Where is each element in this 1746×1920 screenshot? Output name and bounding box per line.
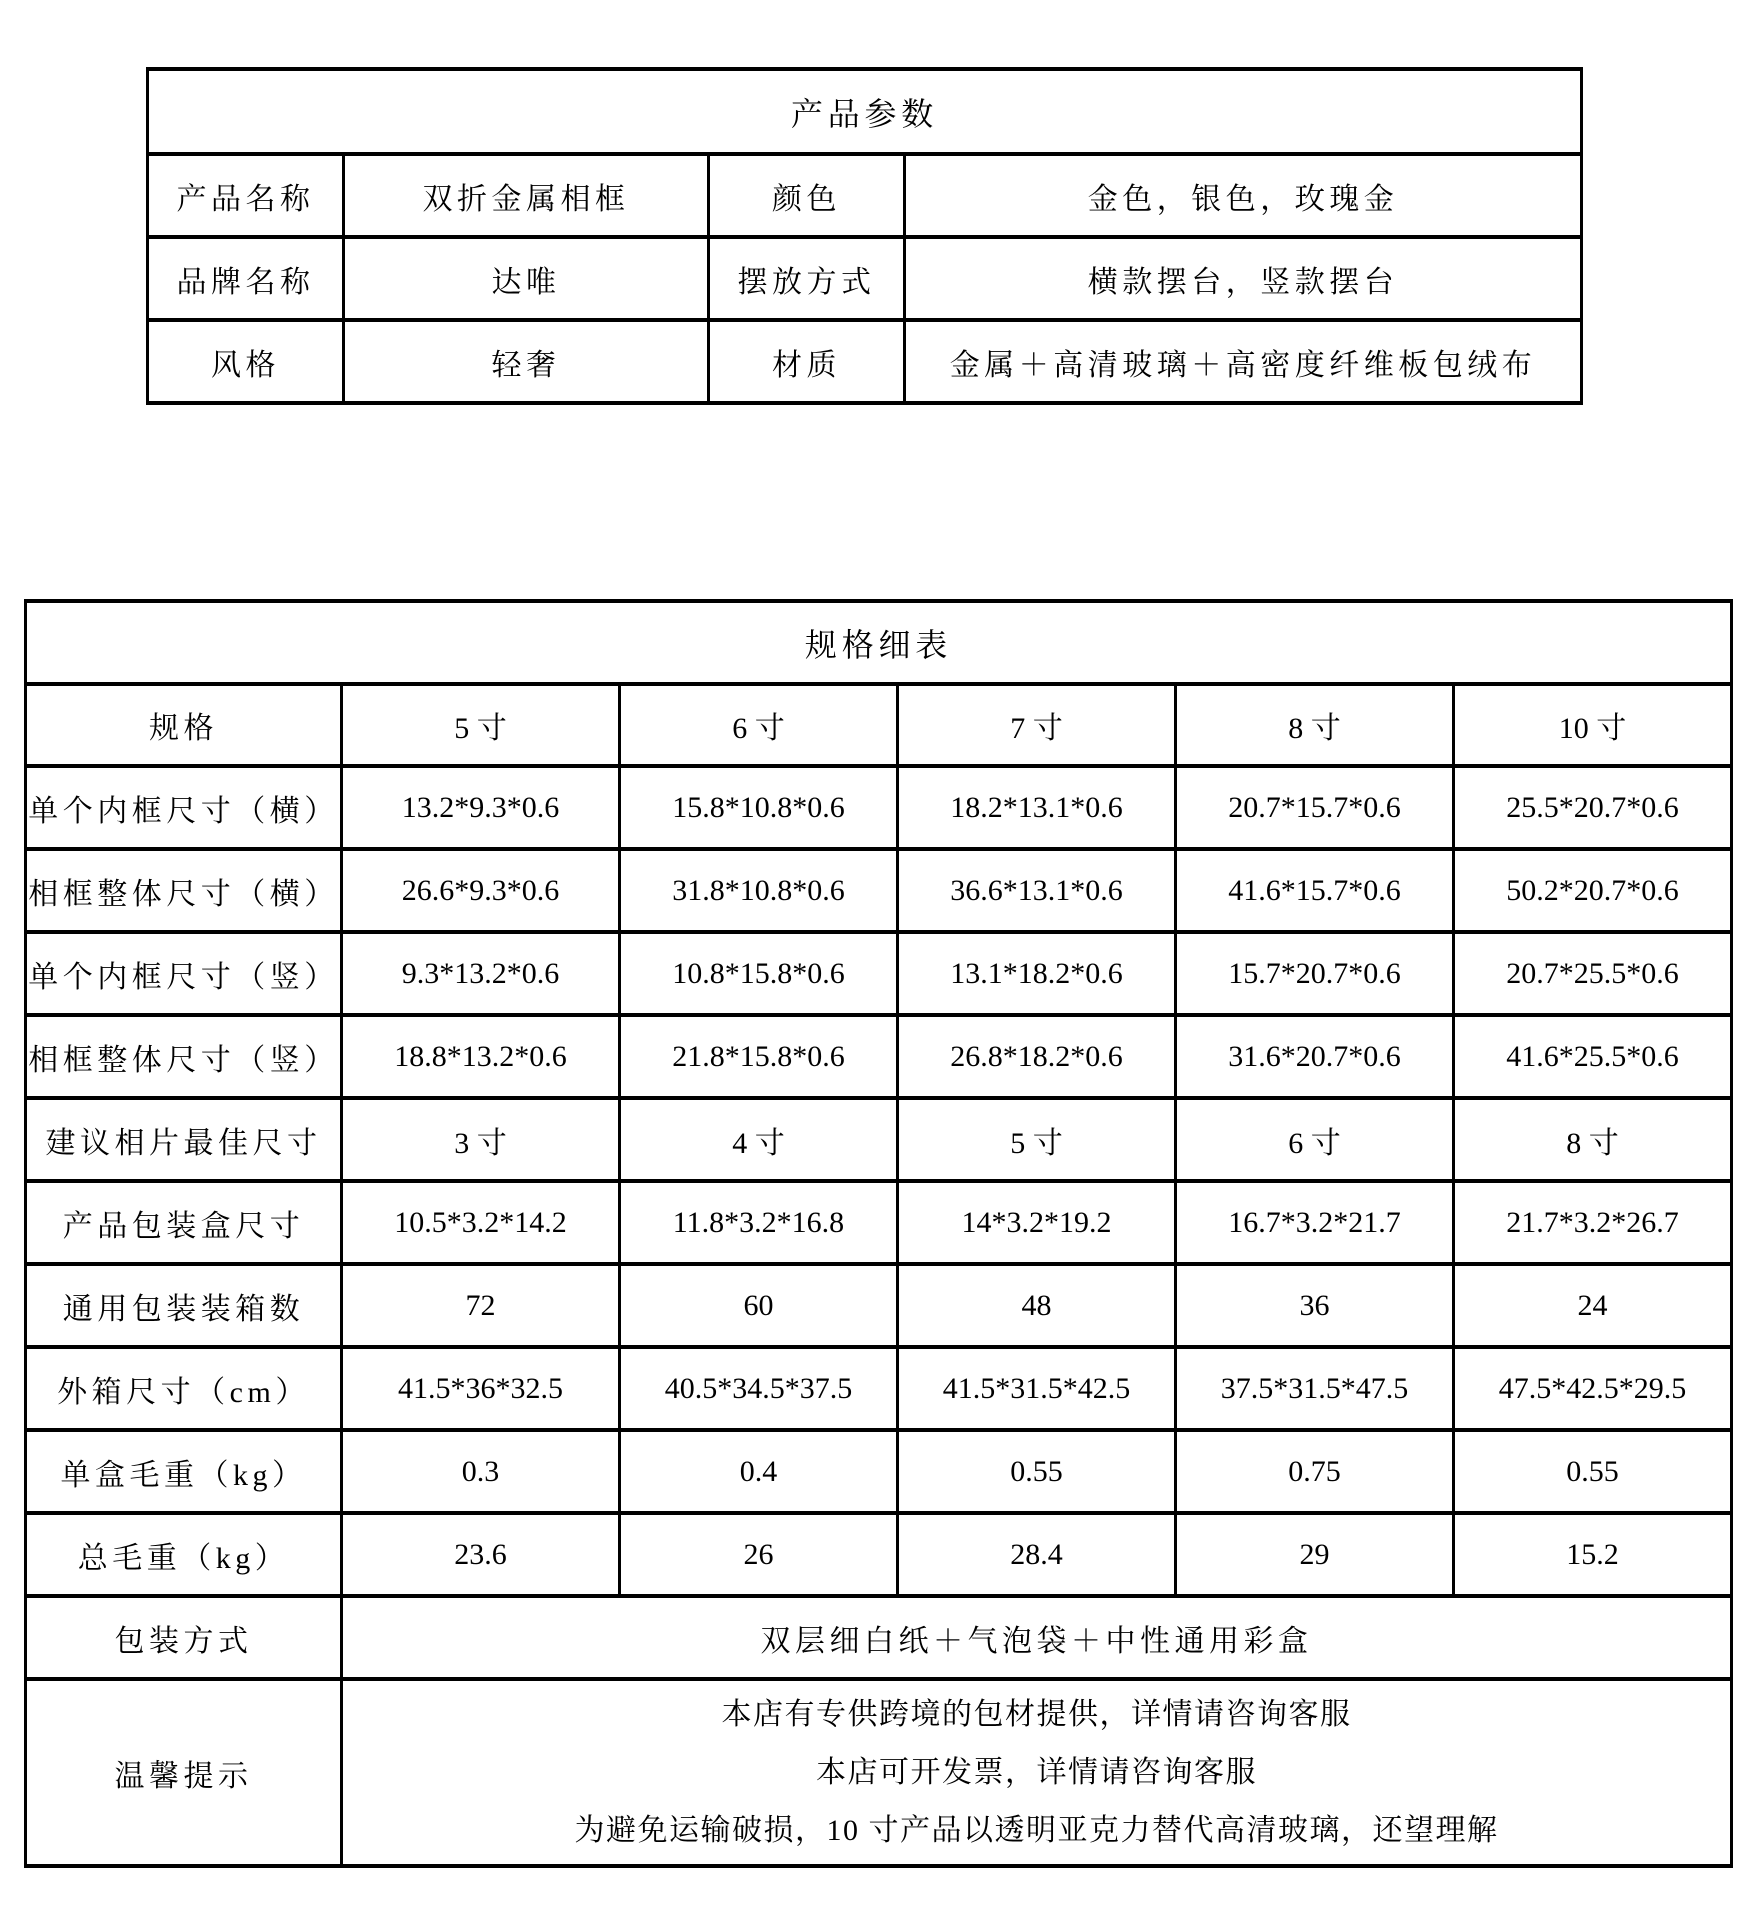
tips-content: 本店有专供跨境的包材提供，详情请咨询客服 本店可开发票，详情请咨询客服 为避免运…: [342, 1679, 1732, 1866]
spec-cell: 20.7*25.5*0.6: [1454, 932, 1732, 1015]
spec-cell: 47.5*42.5*29.5: [1454, 1347, 1732, 1430]
spec-table-title: 规格细表: [26, 601, 1732, 684]
param-value: 横款摆台，竖款摆台: [905, 237, 1582, 320]
spec-row-label: 相框整体尺寸（竖）: [26, 1015, 342, 1098]
spec-cell: 18.8*13.2*0.6: [342, 1015, 620, 1098]
param-value: 金色，银色，玫瑰金: [905, 154, 1582, 237]
spec-cell: 13.1*18.2*0.6: [898, 932, 1176, 1015]
spec-row: 相框整体尺寸（竖） 18.8*13.2*0.6 21.8*15.8*0.6 26…: [26, 1015, 1732, 1098]
spec-cell: 0.4: [620, 1430, 898, 1513]
spec-cell: 15.7*20.7*0.6: [1176, 932, 1454, 1015]
spec-col-header: 7 寸: [898, 684, 1176, 766]
packing-row: 包装方式 双层细白纸＋气泡袋＋中性通用彩盒: [26, 1596, 1732, 1679]
spec-row: 外箱尺寸（cm） 41.5*36*32.5 40.5*34.5*37.5 41.…: [26, 1347, 1732, 1430]
spec-cell: 41.6*25.5*0.6: [1454, 1015, 1732, 1098]
spec-cell: 26: [620, 1513, 898, 1596]
spec-cell: 50.2*20.7*0.6: [1454, 849, 1732, 932]
spec-cell: 24: [1454, 1264, 1732, 1347]
spec-cell: 16.7*3.2*21.7: [1176, 1181, 1454, 1264]
spec-row-label: 总毛重（kg）: [26, 1513, 342, 1596]
param-title-row: 产品参数: [148, 69, 1582, 154]
spec-cell: 10.5*3.2*14.2: [342, 1181, 620, 1264]
spec-cell: 9.3*13.2*0.6: [342, 932, 620, 1015]
param-value: 达唯: [344, 237, 709, 320]
product-params-title: 产品参数: [148, 69, 1582, 154]
tips-line: 本店有专供跨境的包材提供，详情请咨询客服: [343, 1686, 1730, 1744]
spec-cell: 21.7*3.2*26.7: [1454, 1181, 1732, 1264]
param-value: 双折金属相框: [344, 154, 709, 237]
spec-cell: 37.5*31.5*47.5: [1176, 1347, 1454, 1430]
spec-cell: 13.2*9.3*0.6: [342, 766, 620, 849]
tips-row-label: 温馨提示: [26, 1679, 342, 1866]
spec-cell: 15.2: [1454, 1513, 1732, 1596]
param-value: 金属＋高清玻璃＋高密度纤维板包绒布: [905, 320, 1582, 403]
spec-col-header: 10 寸: [1454, 684, 1732, 766]
spec-row: 单个内框尺寸（竖） 9.3*13.2*0.6 10.8*15.8*0.6 13.…: [26, 932, 1732, 1015]
spec-cell: 10.8*15.8*0.6: [620, 932, 898, 1015]
spec-row-label: 产品包装盒尺寸: [26, 1181, 342, 1264]
spec-cell: 20.7*15.7*0.6: [1176, 766, 1454, 849]
spec-cell: 6 寸: [1176, 1098, 1454, 1181]
tips-line: 本店可开发票，详情请咨询客服: [343, 1744, 1730, 1802]
spec-cell: 0.75: [1176, 1430, 1454, 1513]
spec-row: 单盒毛重（kg） 0.3 0.4 0.55 0.75 0.55: [26, 1430, 1732, 1513]
spec-cell: 60: [620, 1264, 898, 1347]
spec-row-label: 建议相片最佳尺寸: [26, 1098, 342, 1181]
spec-cell: 26.6*9.3*0.6: [342, 849, 620, 932]
spec-cell: 0.3: [342, 1430, 620, 1513]
spec-cell: 29: [1176, 1513, 1454, 1596]
param-label: 产品名称: [148, 154, 344, 237]
spec-cell: 15.8*10.8*0.6: [620, 766, 898, 849]
spec-header-row: 规格 5 寸 6 寸 7 寸 8 寸 10 寸: [26, 684, 1732, 766]
spec-row-label: 相框整体尺寸（横）: [26, 849, 342, 932]
spec-row-label: 单个内框尺寸（横）: [26, 766, 342, 849]
param-label: 摆放方式: [709, 237, 905, 320]
spec-col-header: 6 寸: [620, 684, 898, 766]
spec-col-header: 8 寸: [1176, 684, 1454, 766]
spec-row-label: 单盒毛重（kg）: [26, 1430, 342, 1513]
param-row: 品牌名称 达唯 摆放方式 横款摆台，竖款摆台: [148, 237, 1582, 320]
param-label: 风格: [148, 320, 344, 403]
param-label: 品牌名称: [148, 237, 344, 320]
param-label: 颜色: [709, 154, 905, 237]
spec-row: 产品包装盒尺寸 10.5*3.2*14.2 11.8*3.2*16.8 14*3…: [26, 1181, 1732, 1264]
spec-row: 单个内框尺寸（横） 13.2*9.3*0.6 15.8*10.8*0.6 18.…: [26, 766, 1732, 849]
spec-cell: 4 寸: [620, 1098, 898, 1181]
spec-cell: 40.5*34.5*37.5: [620, 1347, 898, 1430]
spec-row-label: 外箱尺寸（cm）: [26, 1347, 342, 1430]
spec-cell: 26.8*18.2*0.6: [898, 1015, 1176, 1098]
spec-row: 通用包装装箱数 72 60 48 36 24: [26, 1264, 1732, 1347]
spec-cell: 41.6*15.7*0.6: [1176, 849, 1454, 932]
tips-line: 为避免运输破损，10 寸产品以透明亚克力替代高清玻璃，还望理解: [343, 1802, 1730, 1860]
spec-cell: 0.55: [898, 1430, 1176, 1513]
spec-cell: 25.5*20.7*0.6: [1454, 766, 1732, 849]
spec-cell: 41.5*36*32.5: [342, 1347, 620, 1430]
spec-row: 总毛重（kg） 23.6 26 28.4 29 15.2: [26, 1513, 1732, 1596]
tips-row: 温馨提示 本店有专供跨境的包材提供，详情请咨询客服 本店可开发票，详情请咨询客服…: [26, 1679, 1732, 1866]
spec-cell: 23.6: [342, 1513, 620, 1596]
param-row: 风格 轻奢 材质 金属＋高清玻璃＋高密度纤维板包绒布: [148, 320, 1582, 403]
spec-cell: 48: [898, 1264, 1176, 1347]
spec-cell: 72: [342, 1264, 620, 1347]
spec-header-label: 规格: [26, 684, 342, 766]
spec-cell: 31.8*10.8*0.6: [620, 849, 898, 932]
spec-cell: 41.5*31.5*42.5: [898, 1347, 1176, 1430]
param-label: 材质: [709, 320, 905, 403]
spec-cell: 3 寸: [342, 1098, 620, 1181]
spec-cell: 31.6*20.7*0.6: [1176, 1015, 1454, 1098]
spec-row: 相框整体尺寸（横） 26.6*9.3*0.6 31.8*10.8*0.6 36.…: [26, 849, 1732, 932]
spec-row-label: 单个内框尺寸（竖）: [26, 932, 342, 1015]
spec-cell: 0.55: [1454, 1430, 1732, 1513]
param-value: 轻奢: [344, 320, 709, 403]
spec-title-row: 规格细表: [26, 601, 1732, 684]
spec-row-label: 通用包装装箱数: [26, 1264, 342, 1347]
packing-value: 双层细白纸＋气泡袋＋中性通用彩盒: [342, 1596, 1732, 1679]
spec-cell: 36.6*13.1*0.6: [898, 849, 1176, 932]
product-params-table: 产品参数 产品名称 双折金属相框 颜色 金色，银色，玫瑰金 品牌名称 达唯 摆放…: [146, 67, 1583, 405]
spec-col-header: 5 寸: [342, 684, 620, 766]
spec-cell: 8 寸: [1454, 1098, 1732, 1181]
spec-detail-table: 规格细表 规格 5 寸 6 寸 7 寸 8 寸 10 寸 单个内框尺寸（横） 1…: [24, 599, 1733, 1868]
spec-cell: 11.8*3.2*16.8: [620, 1181, 898, 1264]
spec-cell: 36: [1176, 1264, 1454, 1347]
spec-row: 建议相片最佳尺寸 3 寸 4 寸 5 寸 6 寸 8 寸: [26, 1098, 1732, 1181]
spec-cell: 18.2*13.1*0.6: [898, 766, 1176, 849]
spec-cell: 21.8*15.8*0.6: [620, 1015, 898, 1098]
param-row: 产品名称 双折金属相框 颜色 金色，银色，玫瑰金: [148, 154, 1582, 237]
spec-cell: 14*3.2*19.2: [898, 1181, 1176, 1264]
spec-cell: 5 寸: [898, 1098, 1176, 1181]
spec-cell: 28.4: [898, 1513, 1176, 1596]
packing-row-label: 包装方式: [26, 1596, 342, 1679]
